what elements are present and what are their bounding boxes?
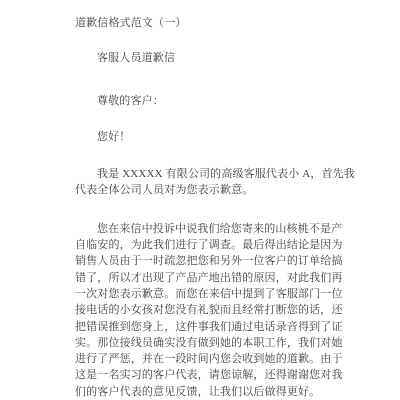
text-line: 一次对您表示歉意。而您在来信中提到了客服部门一位 [75,286,375,302]
text-line: 接电话的小女孩对您没有礼貌而且经常打断您的话，还 [75,302,375,318]
text-line: 把错误推到您身上，这件事我们通过电话录音得到了证 [75,319,375,335]
text-line: 我是 XXXXX 有限公司的高级客服代表小 A，首先我 [75,166,375,182]
text-line: 代表全体公司人员对为您表示歉意。 [75,182,375,198]
text-line: 错了，所以才出现了产品产地出错的原因，对此我们再 [75,270,375,286]
apology-letter-document: 道歉信格式范文（一） 客服人员道歉信 尊敬的客户： 您好！ 我是 XXXXX 有… [75,15,375,400]
salutation-line: 尊敬的客户： [75,93,375,109]
paragraph-intro: 我是 XXXXX 有限公司的高级客服代表小 A，首先我 代表全体公司人员对为您表… [75,166,375,199]
text-line: 您在来信中投诉中说我们给您寄来的山核桃不是产 [75,221,375,237]
text-line: 进行了严惩，并在一段时间内您会收到她的道歉。由于 [75,351,375,367]
text-line: 实。那位接线员确实没有做到她的本职工作，我们对她 [75,335,375,351]
greeting-line: 您好！ [75,129,375,145]
paragraph-body: 您在来信中投诉中说我们给您寄来的山核桃不是产 自临安的，为此我们进行了调查。最后… [75,221,375,400]
text-line: 销售人员由于一时疏忽把您和另外一位客户的订单给搞 [75,253,375,269]
document-title: 道歉信格式范文（一） [75,15,375,31]
text-line: 自临安的，为此我们进行了调查。最后得出结论是因为 [75,237,375,253]
text-line: 这是一名实习的客户代表，请您谅解，还得谢谢您对我 [75,367,375,383]
letter-heading: 客服人员道歉信 [75,50,375,66]
text-line: 们的客户代表的意见反馈，让我们以后做得更好。 [75,384,375,400]
